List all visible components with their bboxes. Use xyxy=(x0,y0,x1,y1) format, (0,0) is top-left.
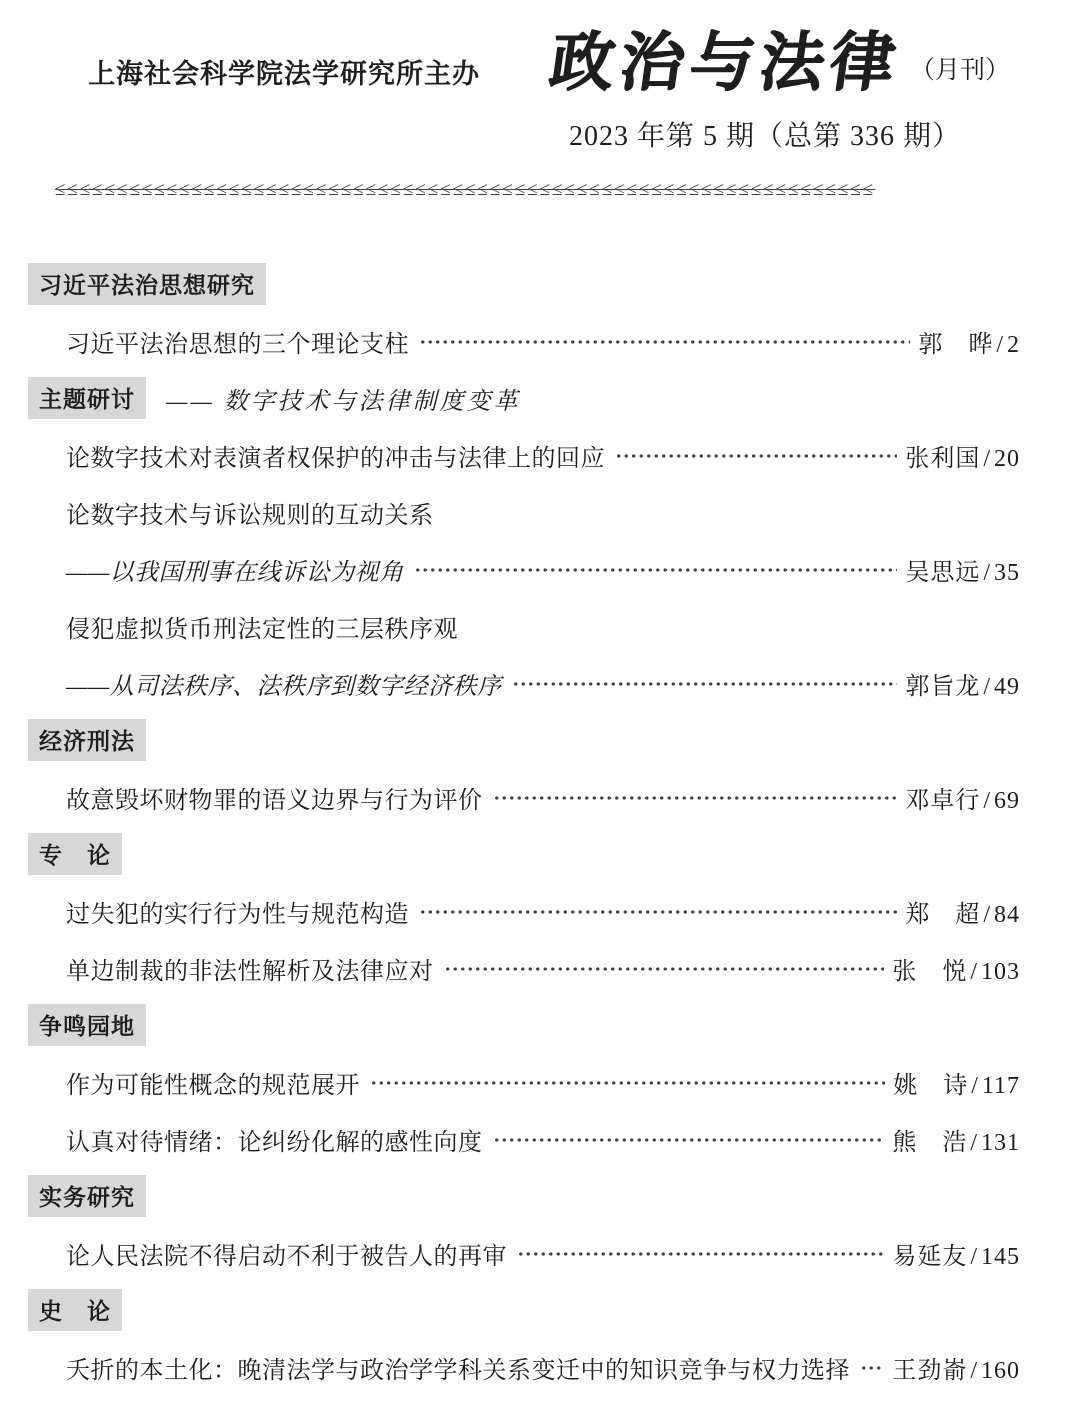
section: 专 论 过失犯的实行行为性与规范构造 郑 超/84 单边制裁的非法性解析及法律应… xyxy=(28,826,1020,997)
entry-title: ——从司法秩序、法秩序到数字经济秩序 xyxy=(66,666,502,701)
entry-page: 20 xyxy=(994,446,1020,472)
section-header-label: 主题研讨 xyxy=(28,377,146,419)
publisher-line: 上海社会科学院法学研究所主办 xyxy=(88,52,480,91)
entry-page: 131 xyxy=(981,1130,1020,1156)
entry-author: 熊 浩 xyxy=(892,1130,967,1156)
entry-author: 邓卓行 xyxy=(905,788,980,814)
entry-title: 论数字技术对表演者权保护的冲击与法律上的回应 xyxy=(66,438,605,473)
entry-page: 160 xyxy=(981,1358,1020,1384)
entry-page: 49 xyxy=(994,674,1020,700)
entry-author: 张 悦 xyxy=(892,959,967,985)
section-header-row: 史 论 xyxy=(28,1282,1020,1339)
entry-author: 王劲嵛 xyxy=(892,1358,967,1384)
entry-separator: / xyxy=(971,1073,979,1099)
entry-ref: 邓卓行/69 xyxy=(905,780,1020,815)
squiggle-divider: ≤≤≤≤≤≤≤≤≤≤≤≤≤≤≤≤≤≤≤≤≤≤≤≤≤≤≤≤≤≤≤≤≤≤≤≤≤≤≤≤… xyxy=(55,176,1010,204)
entry-leader-dots xyxy=(368,1079,885,1087)
toc-entry: 夭折的本土化：晚清法学与政治学学科关系变迁中的知识竞争与权力选择 王劲嵛/160 xyxy=(66,1339,1020,1396)
section-header-row: 习近平法治思想研究 xyxy=(28,256,1020,313)
toc-entry: 故意毁坏财物罪的语义边界与行为评价 邓卓行/69 xyxy=(66,769,1020,826)
section-header-row: 专 论 xyxy=(28,826,1020,883)
toc: 习近平法治思想研究 习近平法治思想的三个理论支柱 郭 晔/2 主题研讨 —— 数… xyxy=(0,256,1065,1396)
entry-title: 论人民法院不得启动不利于被告人的再审 xyxy=(66,1236,507,1271)
section-header-label: 争鸣园地 xyxy=(28,1004,146,1046)
entry-separator: / xyxy=(983,446,991,472)
entry-separator: / xyxy=(983,674,991,700)
entry-title: 单边制裁的非法性解析及法律应对 xyxy=(66,951,434,986)
toc-entry: 认真对待情绪：论纠纷化解的感性向度 熊 浩/131 xyxy=(66,1111,1020,1168)
entry-page: 145 xyxy=(981,1244,1020,1270)
toc-entry: 习近平法治思想的三个理论支柱 郭 晔/2 xyxy=(66,313,1020,370)
toc-entry: 单边制裁的非法性解析及法律应对 张 悦/103 xyxy=(66,940,1020,997)
toc-entry: 侵犯虚拟货币刑法定性的三层秩序观 xyxy=(66,598,1020,655)
journal-logo-row: 政治与法律 （月刊） xyxy=(550,25,1010,102)
entry-separator: / xyxy=(983,560,991,586)
entry-leader-dots xyxy=(510,680,898,688)
section-topic: —— 数字技术与法律制度变革 xyxy=(166,381,521,416)
section: 习近平法治思想研究 习近平法治思想的三个理论支柱 郭 晔/2 xyxy=(28,256,1020,370)
entry-title: 习近平法治思想的三个理论支柱 xyxy=(66,324,409,359)
journal-toc-page: 上海社会科学院法学研究所主办 政治与法律 （月刊） 2023 年第 5 期（总第… xyxy=(0,0,1065,1414)
entry-ref: 郑 超/84 xyxy=(905,894,1020,929)
entry-title: 论数字技术与诉讼规则的互动关系 xyxy=(66,495,434,530)
section-header-label: 史 论 xyxy=(28,1289,122,1331)
entry-leader-dots xyxy=(491,794,898,802)
entry-ref: 郭旨龙/49 xyxy=(905,666,1020,701)
entry-title: 作为可能性概念的规范展开 xyxy=(66,1065,360,1100)
section: 史 论 夭折的本土化：晚清法学与政治学学科关系变迁中的知识竞争与权力选择 王劲嵛… xyxy=(28,1282,1020,1396)
section: 实务研究 论人民法院不得启动不利于被告人的再审 易延友/145 xyxy=(28,1168,1020,1282)
entry-leader-dots xyxy=(858,1364,884,1372)
journal-title-calligraphy: 政治与法律 xyxy=(545,25,906,102)
section-header-row: 实务研究 xyxy=(28,1168,1020,1225)
toc-entry: 作为可能性概念的规范展开 姚 诗/117 xyxy=(66,1054,1020,1111)
entry-title: 认真对待情绪：论纠纷化解的感性向度 xyxy=(66,1122,483,1157)
entry-title: 夭折的本土化：晚清法学与政治学学科关系变迁中的知识竞争与权力选择 xyxy=(66,1350,850,1385)
toc-entry: 过失犯的实行行为性与规范构造 郑 超/84 xyxy=(66,883,1020,940)
entry-leader-dots xyxy=(491,1136,885,1144)
entry-separator: / xyxy=(996,332,1004,358)
section-header-label: 经济刑法 xyxy=(28,719,146,761)
entry-title: 侵犯虚拟货币刑法定性的三层秩序观 xyxy=(66,609,458,644)
entry-ref: 张利国/20 xyxy=(905,438,1020,473)
entry-page: 103 xyxy=(981,959,1020,985)
entry-title: ——以我国刑事在线诉讼为视角 xyxy=(66,552,404,587)
entry-page: 84 xyxy=(994,902,1020,928)
entry-leader-dots xyxy=(613,452,897,460)
entry-ref: 张 悦/103 xyxy=(892,951,1020,986)
toc-entry: 论数字技术对表演者权保护的冲击与法律上的回应 张利国/20 xyxy=(66,427,1020,484)
entry-ref: 吴思远/35 xyxy=(905,552,1020,587)
entry-ref: 姚 诗/117 xyxy=(893,1065,1020,1100)
section-header-label: 习近平法治思想研究 xyxy=(28,263,266,305)
section: 主题研讨 —— 数字技术与法律制度变革 论数字技术对表演者权保护的冲击与法律上的… xyxy=(28,370,1020,712)
entry-author: 郭旨龙 xyxy=(905,674,980,700)
entry-page: 117 xyxy=(982,1073,1020,1099)
entry-separator: / xyxy=(970,1358,978,1384)
entry-author: 吴思远 xyxy=(905,560,980,586)
entry-author: 张利国 xyxy=(905,446,980,472)
section-header-row: 经济刑法 xyxy=(28,712,1020,769)
section-header-row: 主题研讨 —— 数字技术与法律制度变革 xyxy=(28,370,1020,427)
entry-ref: 熊 浩/131 xyxy=(892,1122,1020,1157)
issue-number-line: 2023 年第 5 期（总第 336 期） xyxy=(550,114,1010,154)
entry-separator: / xyxy=(983,788,991,814)
entry-title: 过失犯的实行行为性与规范构造 xyxy=(66,894,409,929)
entry-title: 故意毁坏财物罪的语义边界与行为评价 xyxy=(66,780,483,815)
entry-separator: / xyxy=(970,1244,978,1270)
section: 争鸣园地 作为可能性概念的规范展开 姚 诗/117 认真对待情绪：论纠纷化解的感… xyxy=(28,997,1020,1168)
entry-separator: / xyxy=(970,959,978,985)
entry-leader-dots xyxy=(442,965,885,973)
section-header-label: 专 论 xyxy=(28,833,122,875)
entry-leader-dots xyxy=(412,566,898,574)
entry-author: 郭 晔 xyxy=(918,332,993,358)
toc-entry: ——从司法秩序、法秩序到数字经济秩序 郭旨龙/49 xyxy=(66,655,1020,712)
entry-leader-dots xyxy=(515,1250,884,1258)
entry-page: 69 xyxy=(994,788,1020,814)
entry-author: 姚 诗 xyxy=(893,1073,968,1099)
section-header-row: 争鸣园地 xyxy=(28,997,1020,1054)
monthly-label: （月刊） xyxy=(910,50,1010,102)
toc-entry: 论数字技术与诉讼规则的互动关系 xyxy=(66,484,1020,541)
entry-ref: 王劲嵛/160 xyxy=(892,1350,1020,1385)
entry-ref: 易延友/145 xyxy=(892,1236,1020,1271)
entry-leader-dots xyxy=(417,908,897,916)
entry-page: 2 xyxy=(1007,332,1020,358)
entry-separator: / xyxy=(970,1130,978,1156)
entry-page: 35 xyxy=(994,560,1020,586)
entry-ref: 郭 晔/2 xyxy=(918,324,1020,359)
entry-leader-dots xyxy=(417,338,910,346)
entry-author: 易延友 xyxy=(892,1244,967,1270)
section-header-label: 实务研究 xyxy=(28,1175,146,1217)
toc-entry: 论人民法院不得启动不利于被告人的再审 易延友/145 xyxy=(66,1225,1020,1282)
section: 经济刑法 故意毁坏财物罪的语义边界与行为评价 邓卓行/69 xyxy=(28,712,1020,826)
masthead: 上海社会科学院法学研究所主办 政治与法律 （月刊） 2023 年第 5 期（总第… xyxy=(0,0,1065,154)
entry-separator: / xyxy=(983,902,991,928)
toc-entry: ——以我国刑事在线诉讼为视角 吴思远/35 xyxy=(66,541,1020,598)
entry-author: 郑 超 xyxy=(905,902,980,928)
journal-logo-block: 政治与法律 （月刊） 2023 年第 5 期（总第 336 期） xyxy=(550,25,1010,154)
